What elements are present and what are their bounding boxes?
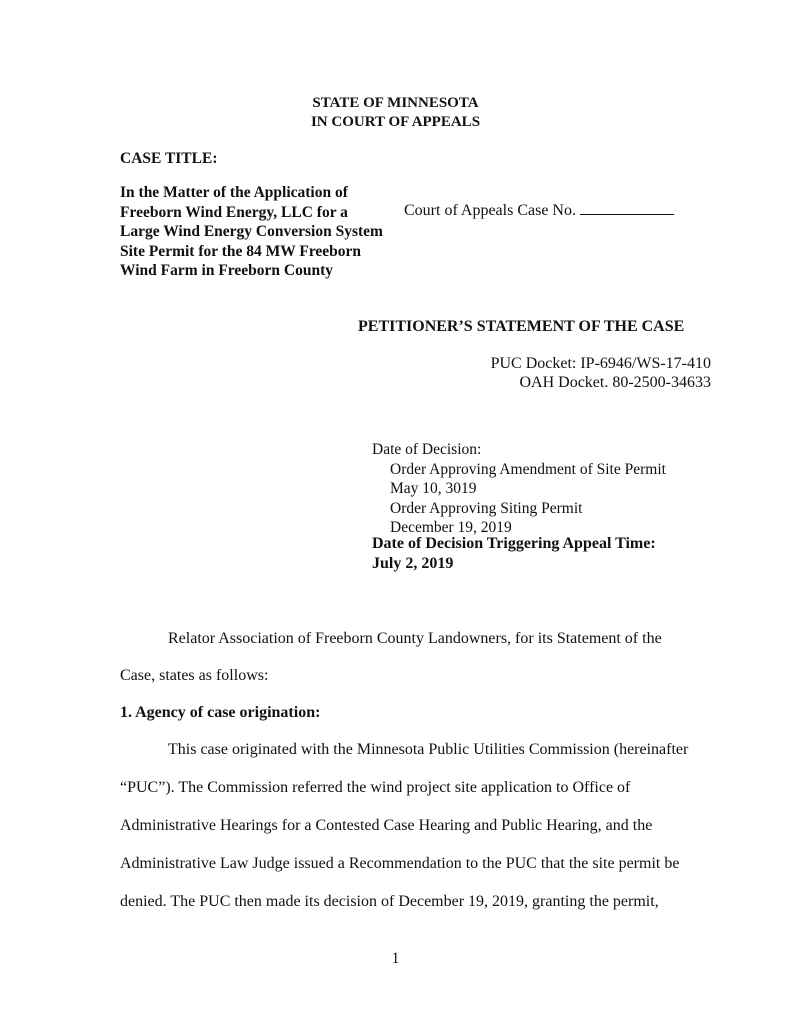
appeal-trigger-label: Date of Decision Triggering Appeal Time: [372, 535, 656, 553]
oah-docket: OAH Docket. 80-2500-34633 [519, 374, 711, 392]
date-of-decision-label: Date of Decision: [372, 440, 666, 460]
court-name-heading: IN COURT OF APPEALS [0, 114, 791, 131]
statement-heading: PETITIONER’S STATEMENT OF THE CASE [358, 318, 684, 336]
case-title-block: In the Matter of the Application of Free… [120, 183, 383, 281]
section-1-heading: 1. Agency of case origination: [120, 704, 320, 722]
date-of-decision-block: Date of Decision: Order Approving Amendm… [372, 440, 666, 538]
page-number: 1 [0, 950, 791, 968]
paragraph-line: Administrative Law Judge issued a Recomm… [120, 855, 679, 873]
intro-line-2: Case, states as follows: [120, 667, 268, 685]
case-number-blank [580, 202, 674, 215]
case-title-line: Freeborn Wind Energy, LLC for a [120, 203, 383, 223]
paragraph-line: “PUC”). The Commission referred the wind… [120, 779, 630, 797]
puc-docket: PUC Docket: IP-6946/WS-17-410 [491, 355, 711, 373]
paragraph-line: denied. The PUC then made its decision o… [120, 893, 659, 911]
appeal-trigger-date: July 2, 2019 [372, 555, 453, 573]
case-title-line: In the Matter of the Application of [120, 183, 383, 203]
court-state-heading: STATE OF MINNESOTA [0, 95, 791, 112]
case-number-field: Court of Appeals Case No. [404, 202, 674, 220]
decision-order-1: Order Approving Amendment of Site Permit [372, 460, 666, 480]
case-title-line: Large Wind Energy Conversion System [120, 222, 383, 242]
case-title-line: Site Permit for the 84 MW Freeborn [120, 242, 383, 262]
case-number-label: Court of Appeals Case No. [404, 202, 576, 219]
intro-line-1: Relator Association of Freeborn County L… [168, 630, 662, 648]
paragraph-line: Administrative Hearings for a Contested … [120, 817, 652, 835]
paragraph-line: This case originated with the Minnesota … [168, 741, 688, 759]
case-title-line: Wind Farm in Freeborn County [120, 261, 383, 281]
case-title-label: CASE TITLE: [120, 150, 218, 168]
decision-order-2: Order Approving Siting Permit [372, 499, 666, 519]
decision-date-1: May 10, 3019 [372, 479, 666, 499]
